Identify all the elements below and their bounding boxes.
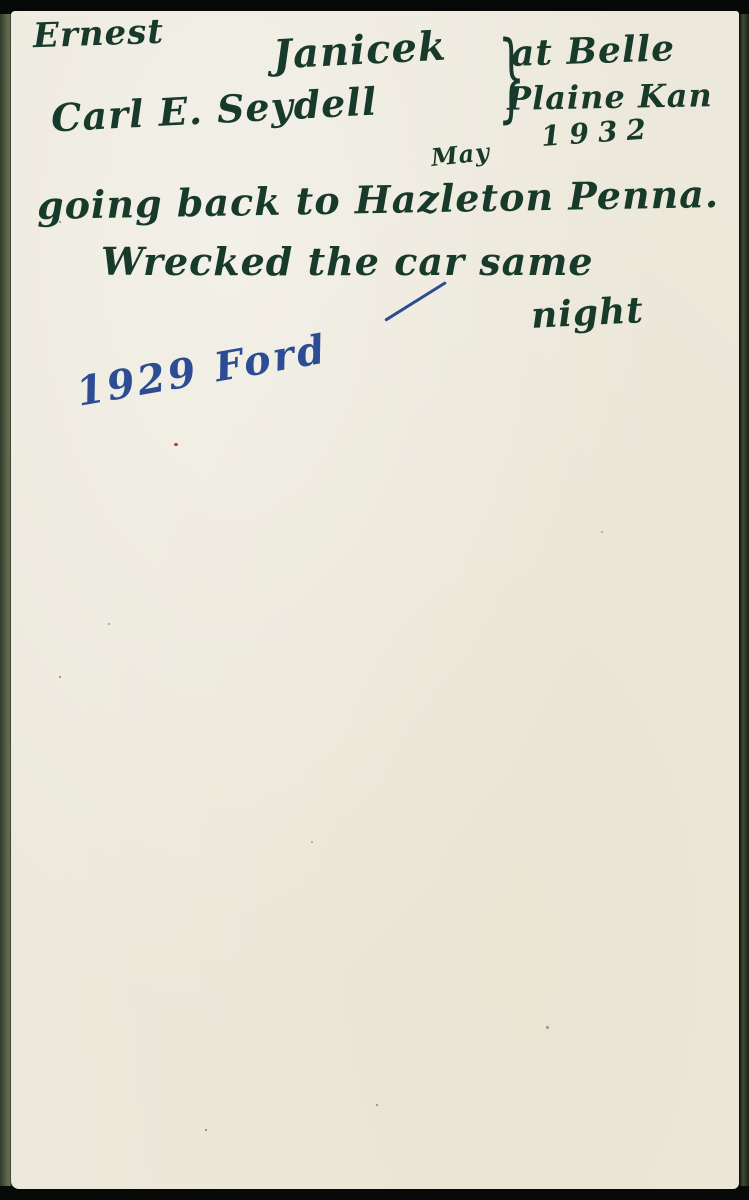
handwritten-location-belle: at Belle — [510, 30, 675, 72]
paper-speck — [205, 1129, 207, 1131]
scan-background: Ernest Janicek } at Belle Plaine Kan Car… — [0, 0, 749, 1200]
handwritten-name-carl-seydell: Carl E. Seydell — [50, 82, 378, 137]
handwritten-travel-note: going back to Hazleton Penna. — [37, 175, 720, 225]
photo-card-back: Ernest Janicek } at Belle Plaine Kan Car… — [11, 11, 739, 1189]
paper-speck — [376, 1104, 378, 1106]
handwritten-wreck-note: Wrecked the car same — [101, 243, 594, 281]
paper-speck — [108, 623, 110, 625]
handwritten-year: 1932 — [540, 115, 656, 151]
paper-speck — [174, 443, 178, 446]
paper-speck — [601, 531, 603, 533]
handwritten-month: May — [430, 140, 491, 170]
blue-pointer-stroke — [384, 281, 447, 322]
paper-speck — [546, 1026, 549, 1029]
handwritten-wreck-night: night — [530, 292, 645, 334]
handwritten-name-ernest: Ernest — [32, 15, 164, 54]
paper-speck — [59, 676, 61, 678]
paper-speck — [311, 841, 313, 843]
handwritten-name-janicek: Janicek — [272, 26, 447, 75]
handwritten-car-model: 1929 Ford — [73, 329, 330, 413]
handwritten-location-plaine-kan: Plaine Kan — [507, 79, 713, 115]
